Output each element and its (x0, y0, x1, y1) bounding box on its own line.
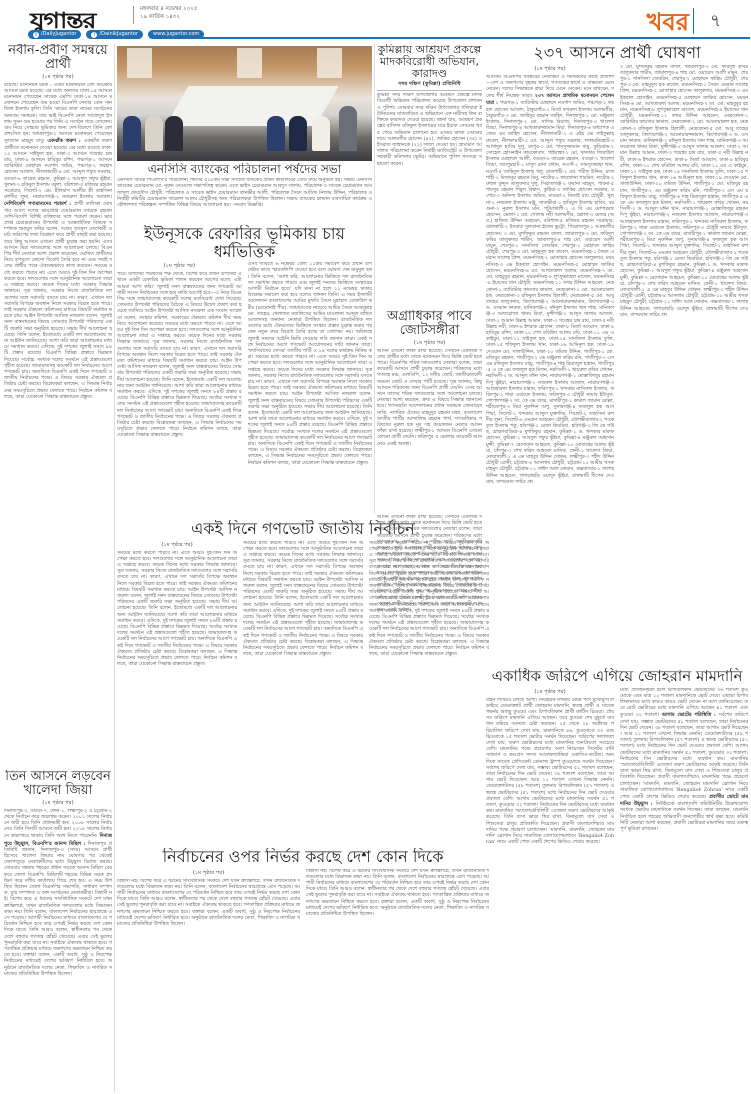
body-text: সর্বশেষ জরিপে দেখা যায়, সম্ভাব্য ভোটারদ… (486, 766, 614, 845)
social-label: www.jugantor.com (153, 31, 199, 38)
continued-label: (১ম পৃষ্ঠার পর) (486, 689, 614, 697)
article-headline: অগ্রাধিকার পাবে জোটসঙ্গীরা (377, 310, 482, 339)
article-body: কুমিল্লা সদর দক্ষিণ উপজেলার আশ্রয়ণ প্রক… (377, 93, 482, 288)
article-jotesongi-continued: আসন এখনো ফাঁকা রাখা হয়েছে। সেখানে একাধি… (377, 515, 482, 845)
article-headline: কুমিল্লায় আশ্রয়ণ প্রকল্পে মাদকবিরোধী অ… (377, 44, 482, 80)
logo-divider (133, 6, 134, 24)
board-meeting-photo (117, 46, 372, 161)
body-text: দিনাজপুর-৩, বগুড়া-৭, ফেনী-১, লক্ষ্মীপুর… (4, 809, 112, 840)
body-text: ৩ মো. মুশফিকুর রহমান বাদল, জামালপুর-৩ মো… (486, 232, 614, 485)
article-body: বাইন শিবিরও চলছে আশা। নিউইয়র্ক নগরীর মে… (486, 698, 614, 1088)
article-headline: এনসিসি ব্যাংকের পরিচালনা পর্ষদের সভা (117, 163, 372, 176)
body-text: রয়েছে। মনোনয়ন চমক : এবার মনোনয়নে বেশ … (4, 83, 112, 145)
continued-label: (১ম পৃষ্ঠার পর) (486, 66, 614, 74)
continued-label: (১ম পৃষ্ঠার পর) (377, 340, 482, 348)
article-headline: নবীন-প্রবীণ সমন্বয়ে প্রার্থী (4, 44, 112, 73)
continued-label: (১ম পৃষ্ঠার পর) (117, 263, 242, 271)
body-text: পঞ্চগড়-১ ব্যারিস্টার মোহাম্মদ নওশাদ জমি… (486, 101, 614, 236)
article-headline: ২৩৭ আসনে প্রার্থী ঘোষণা (486, 44, 748, 62)
page-number: ৭ (710, 8, 721, 36)
article-body: দিনাজপুর-৩, বগুড়া-৭, ফেনী-১, লক্ষ্মীপুর… (4, 809, 112, 1089)
article-nirbachon-desh: নির্বাচনের ওপর নির্ভর করছে দেশ কোন দিকে … (117, 848, 489, 1092)
article-body: আসন এখনো ফাঁকা রাখা হয়েছে। সেখানে একাধি… (377, 349, 482, 509)
body-text: সময়ের মধ্যে করতে পারবে না। এতে আরও দুই-… (248, 355, 373, 465)
body-text: বিশ্বাসী নই। বিশেষ করে এ ধরনের সাংবিধানি… (4, 891, 112, 977)
body-text: সময়ের মধ্যে করতে পারবে না। এতে আরও দুই-… (4, 264, 112, 399)
article-body: রয়েছে। মনোনয়ন চমক : এবার মনোনয়নে বেশ … (4, 83, 112, 401)
date-gregorian: মঙ্গলবার ৪ নভেম্বর ২০২৫ (140, 5, 197, 13)
social-label: /DailyJugantor (41, 31, 76, 38)
column-rule (114, 44, 115, 1092)
body-text: সর্বশেষ জরিপে দেখা যায়, সম্ভাব্য ভোটারদ… (620, 713, 748, 800)
body-text: পরে। উপদেষ্টা পরিষদের পক্ষ থেকে, বিশেষ ক… (117, 272, 242, 327)
article-body: সময়ের মধ্যে করতে পারবে না। এতে আরও দুই-… (117, 551, 237, 841)
continued-label: (১ম পৃষ্ঠার পর) (4, 74, 112, 82)
section-divider (693, 8, 694, 34)
continued-label: (১ম পৃষ্ঠার পর) (4, 800, 112, 808)
masthead: যুগান্তর মঙ্গলবার ৪ নভেম্বর ২০২৫ ১৯ কার্… (0, 0, 751, 42)
article-zohran: একাধিক জরিপে এগিয়ে জোহরান মামদানি (১ম প… (486, 668, 748, 1092)
date-bengali: ১৯ কার্তিক ১৪৩২ (140, 13, 197, 21)
subhead: দেশিবিদেশি গণ্যমান্যদের পরামর্শ : (4, 201, 71, 207)
dateline: মঙ্গলবার ৪ নভেম্বর ২০২৫ ১৯ কার্তিক ১৪৩২ (140, 5, 197, 21)
continued-label: (১ম পৃষ্ঠার পর) (117, 870, 300, 878)
section-title: খবর (647, 4, 689, 44)
social-label: /DainikJugantor (99, 31, 138, 38)
article-ghoshona: ২৩৭ আসনে প্রার্থী ঘোষণা (১ম পৃষ্ঠার পর) … (486, 44, 748, 634)
column-rule (374, 44, 375, 514)
article-body: সময়ের মধ্যে করতে পারবে না। এতে আরও দুই-… (243, 541, 363, 839)
article-body: এসব দাবিতে ৬ নভেম্বর বেলা ১১টায় সমাবেশ … (248, 262, 373, 515)
social-link-facebook[interactable]: f/DainikJugantor (86, 30, 143, 39)
body-text: এসব দাবিতে ৬ নভেম্বর বেলা ১১টায় সমাবেশ … (248, 262, 373, 323)
social-links: X/DailyJugantor f/DainikJugantor www.jug… (28, 30, 204, 39)
subhead: আগাম ভোটের পরিস্থিতি : (662, 712, 716, 718)
article-headline: একাধিক জরিপে এগিয়ে জোহরান মামদানি (486, 668, 748, 685)
article-nobin-probin: নবীন-প্রবীণ সমন্বয়ে প্রার্থী (১ম পৃষ্ঠা… (4, 44, 112, 604)
continued-label: (১ম পৃষ্ঠার পর) (117, 542, 237, 550)
article-body: পরে। উপদেষ্টা পরিষদের পক্ষ থেকে, বিশেষ ক… (117, 272, 242, 515)
article-body: আসন এখনো ফাঁকা রাখা হয়েছে। সেখানে একাধি… (377, 515, 482, 845)
article-headline: ইউনূসকে রেফারির ভূমিকায় চায় ধর্মভিত্তি… (117, 225, 372, 260)
body-text: রাজনৈতিক দলগুলোর মধ্যে ঐকমত্যের ভিত্তিতে… (248, 318, 373, 360)
byline: সদর দক্ষিণ (কুমিল্লা) প্রতিনিধি (377, 81, 482, 91)
article-body: বিশ্বাসী নই। বিশেষ করে এ ধরনের সাংবিধানি… (117, 879, 300, 1089)
social-link-x[interactable]: X/DailyJugantor (28, 30, 81, 39)
facebook-icon: f (91, 32, 97, 38)
article-body: বিশ্বাসী নই। বিশেষ করে এ ধরনের সাংবিধানি… (306, 869, 489, 1089)
body-text: সময়ের মধ্যে করতে পারবে না। এতে আরও দুই-… (117, 322, 242, 439)
article-body: আসেন। বিএনপির সর্বস্তরের নেতাকর্মী ও সমর… (486, 75, 614, 631)
article-body: মধ্যে প্রতিদ্বন্দ্বিতা হলে রিপাবলিকান ভো… (620, 688, 748, 1086)
article-body: এনসিসি ব্যাংক পিএলসি'র পরিচালনা পর্ষদের … (117, 178, 372, 216)
article-body: ৩ মো. মুশফিকুর রহমান বাদল, জামালপুর-৩ মো… (620, 65, 748, 629)
body-text: বাইন শিবিরও চলছে আশা। নিউইয়র্ক নগরীর মে… (486, 698, 614, 765)
article-yunus: ইউনূসকে রেফারির ভূমিকায় চায় ধর্মভিত্তি… (117, 225, 372, 515)
article-khaleda: তিন আসনে লড়বেন খালেদা জিয়া (১ম পৃষ্ঠার… (4, 770, 112, 1090)
body-text: দিনাজপুর প্রতিনিধি জানান, দিনাজপুর-৩ (সদ… (4, 842, 112, 897)
article-cumilla: কুমিল্লায় আশ্রয়ণ প্রকল্পে মাদকবিরোধী অ… (377, 44, 482, 299)
x-icon: X (33, 32, 39, 38)
article-ncc-bank: এনসিসি ব্যাংকের পরিচালনা পর্ষদের সভা এনস… (117, 163, 372, 221)
subhead: একঝাঁক তরুণ : (47, 138, 80, 144)
body-text: প্রার্থী তালিকা ঘোষণার আগে দলের ভারপ্রাপ… (4, 202, 112, 269)
article-headline: নির্বাচনের ওপর নির্ভর করছে দেশ কোন দিকে (117, 848, 489, 866)
social-link-website[interactable]: www.jugantor.com (148, 30, 204, 39)
article-jotesongi: অগ্রাধিকার পাবে জোটসঙ্গীরা (১ম পৃষ্ঠার প… (377, 310, 482, 515)
body-text: একঝাঁক তরুণ প্রার্থীকে মনোনয়ন দেওয়া হয… (4, 139, 112, 200)
article-headline: তিন আসনে লড়বেন খালেদা জিয়া (4, 770, 112, 799)
